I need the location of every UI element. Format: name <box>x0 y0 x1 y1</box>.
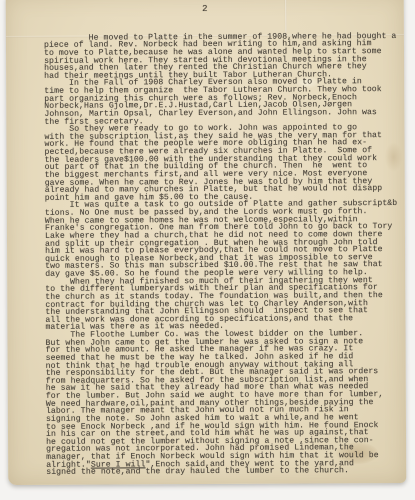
paragraph-1: He moved to Platte in the summer of 1908… <box>44 32 396 81</box>
paragraph-4: It was quite a task to go outside of Pla… <box>45 199 397 278</box>
photo-background: { "page": { "page_number": "2", "colors"… <box>0 0 415 500</box>
paragraph-6: The Floothe Lumber Co. was the lowest bi… <box>45 329 383 469</box>
typed-text-body: He moved to Platte in the summer of 1908… <box>44 25 398 484</box>
document-page: 2 He moved to Platte in the summer of 19… <box>6 0 407 485</box>
paragraph-5: When they had finished so much of their … <box>45 276 383 332</box>
paragraph-3: So they were ready to go to work. John w… <box>44 123 382 202</box>
page-number: 2 <box>6 3 404 15</box>
paragraph-2: In the Fall of 1908 Charley Everson also… <box>44 78 382 127</box>
